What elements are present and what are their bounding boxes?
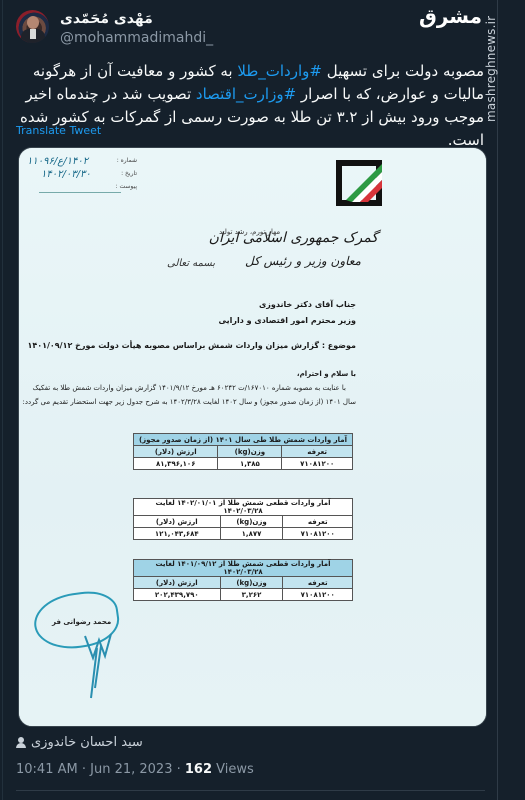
letter-number-label: شماره : xyxy=(117,157,137,164)
letter-body-line: سال ۱۴۰۱ (از زمان صدور مجوز) و سال ۱۴۰۲ … xyxy=(23,398,356,406)
media-caption: سید احسان خاندوزی xyxy=(16,733,143,751)
cell-value: ۸۱,۳۹۶,۱۰۶ xyxy=(134,458,218,470)
views-count: 162 xyxy=(185,762,212,777)
cell-tariff: ۷۱۰۸۱۲۰۰ xyxy=(282,458,353,470)
cell-weight: ۳,۲۶۲ xyxy=(220,589,283,601)
table-row: ۷۱۰۸۱۲۰۰ ۱,۸۷۷ ۱۲۱,۰۴۳,۶۸۴ xyxy=(134,528,353,540)
tweet-header: مَهْدی مُحَمّدی @mohammadimahdi_ xyxy=(16,10,486,50)
site-watermark-text: mashreghnews.ir xyxy=(484,12,498,122)
avatar-shirt xyxy=(30,29,36,39)
import-table-1401: آمار واردات شمش طلا طی سال ۱۴۰۱ (از زمان… xyxy=(133,433,353,470)
hashtag-gold-imports[interactable]: #واردات_طلا xyxy=(237,62,322,80)
column-header-tariff: تعرفه xyxy=(282,446,353,458)
signature-scribble xyxy=(79,628,119,708)
column-header-value: ارزش (دلار) xyxy=(134,516,221,528)
avatar[interactable] xyxy=(16,10,49,43)
hashtag-ministry-economy[interactable]: #وزارت_اقتصاد xyxy=(196,85,296,103)
iran-customs-logo xyxy=(336,158,386,208)
cell-value: ۱۲۱,۰۴۳,۶۸۴ xyxy=(134,528,221,540)
letter-date-label: تاریخ : xyxy=(121,170,137,177)
letter-meta: شماره : ۱۴۰۲/ع/۱۱۰۹۶ تاریخ : ۱۴۰۲/۰۳/۳۰ … xyxy=(27,156,137,195)
cell-value: ۲۰۲,۴۳۹,۷۹۰ xyxy=(134,589,221,601)
column-header-tariff: تعرفه xyxy=(283,516,353,528)
letter-subject: موضوع : گزارش میزان واردات شمش براساس مص… xyxy=(27,341,356,350)
letter-date-value: ۱۴۰۲/۰۳/۳۰ xyxy=(41,169,91,180)
cell-tariff: ۷۱۰۸۱۲۰۰ xyxy=(283,528,353,540)
tweet-body: مصوبه دولت برای تسهیل #واردات_طلا به کشو… xyxy=(16,60,484,152)
tweet-date[interactable]: Jun 21, 2023 xyxy=(90,762,172,777)
column-header-weight: وزن(kg) xyxy=(218,446,282,458)
letter-greeting: با سلام و احترام، xyxy=(297,370,356,378)
avatar-face xyxy=(27,16,39,29)
tweet-media-image[interactable]: گمرک جمهوری اسلامی ایران معاون وزیر و رئ… xyxy=(18,147,487,727)
author-handle[interactable]: @mohammadimahdi_ xyxy=(60,30,213,46)
mashregh-logo-text: مشرق xyxy=(452,8,482,24)
signatory-name: محمد رضوانی فر xyxy=(52,618,111,626)
import-table-1402: آمار واردات قطعی شمش طلا از ۱۴۰۲/۰۱/۰۱ ل… xyxy=(133,498,353,540)
site-watermark: mashreghnews.ir xyxy=(484,12,496,122)
column-header-weight: وزن(kg) xyxy=(220,577,283,589)
tagged-person-name[interactable]: سید احسان خاندوزی xyxy=(31,735,143,750)
letter-attachment-label: پیوست : xyxy=(116,183,137,190)
letter-date-row: تاریخ : ۱۴۰۲/۰۳/۳۰ xyxy=(27,169,137,182)
translate-tweet-link[interactable]: Translate Tweet xyxy=(16,124,101,137)
tweet-time[interactable]: 10:41 AM xyxy=(16,762,78,777)
divider xyxy=(16,790,485,791)
tweet-metadata: 10:41 AM · Jun 21, 2023 · 162 Views xyxy=(16,762,254,777)
letter-number-value: ۱۴۰۲/ع/۱۱۰۹۶ xyxy=(27,156,88,167)
cell-weight: ۱,۳۸۵ xyxy=(218,458,282,470)
letter-number-row: شماره : ۱۴۰۲/ع/۱۱۰۹۶ xyxy=(27,156,137,169)
cell-weight: ۱,۸۷۷ xyxy=(220,528,283,540)
letter-attachment-row: پیوست : xyxy=(27,182,137,195)
column-header-weight: وزن(kg) xyxy=(220,516,283,528)
year-slogan: مهار تورم، رشد تولید xyxy=(219,228,280,236)
tweet-text-segment: مصوبه دولت برای تسهیل xyxy=(322,62,484,80)
table-title: آمار واردات شمش طلا طی سال ۱۴۰۱ (از زمان… xyxy=(134,434,353,446)
attachment-blank-line xyxy=(39,192,121,193)
import-table-total: آمار واردات قطعی شمش طلا از ۱۴۰۱/۰۹/۱۲ ل… xyxy=(133,559,353,601)
mashregh-logo: مشرق xyxy=(452,8,482,40)
table-row: ۷۱۰۸۱۲۰۰ ۳,۲۶۲ ۲۰۲,۴۳۹,۷۹۰ xyxy=(134,589,353,601)
customs-letter: گمرک جمهوری اسلامی ایران معاون وزیر و رئ… xyxy=(19,148,486,726)
separator: · xyxy=(78,762,90,777)
column-header-value: ارزش (دلار) xyxy=(134,577,221,589)
column-header-tariff: تعرفه xyxy=(283,577,353,589)
table-title: آمار واردات قطعی شمش طلا از ۱۴۰۱/۰۹/۱۲ ل… xyxy=(134,560,353,577)
cell-tariff: ۷۱۰۸۱۲۰۰ xyxy=(283,589,353,601)
addressee-title: وزیر محترم امور اقتصادی و دارایی xyxy=(219,316,356,325)
column-header-value: ارزش (دلار) xyxy=(134,446,218,458)
views-label: Views xyxy=(212,762,254,777)
author-display-name[interactable]: مَهْدی مُحَمّدی xyxy=(60,11,153,27)
separator: · xyxy=(172,762,184,777)
org-title: معاون وزیر و رئیس کل xyxy=(245,254,361,268)
table-title: آمار واردات قطعی شمش طلا از ۱۴۰۲/۰۱/۰۱ ل… xyxy=(134,499,353,516)
addressee-name: جناب آقای دکتر خاندوزی xyxy=(259,300,356,309)
person-icon xyxy=(16,737,26,748)
basmala: بسمه تعالی xyxy=(167,258,215,269)
table-row: ۷۱۰۸۱۲۰۰ ۱,۳۸۵ ۸۱,۳۹۶,۱۰۶ xyxy=(134,458,353,470)
letter-body-line: با عنایت به مصوبه شماره ۱۶۷۰۱۰/ت ۶۰۲۴۲ ه… xyxy=(32,384,346,392)
column-left-border xyxy=(2,0,3,800)
